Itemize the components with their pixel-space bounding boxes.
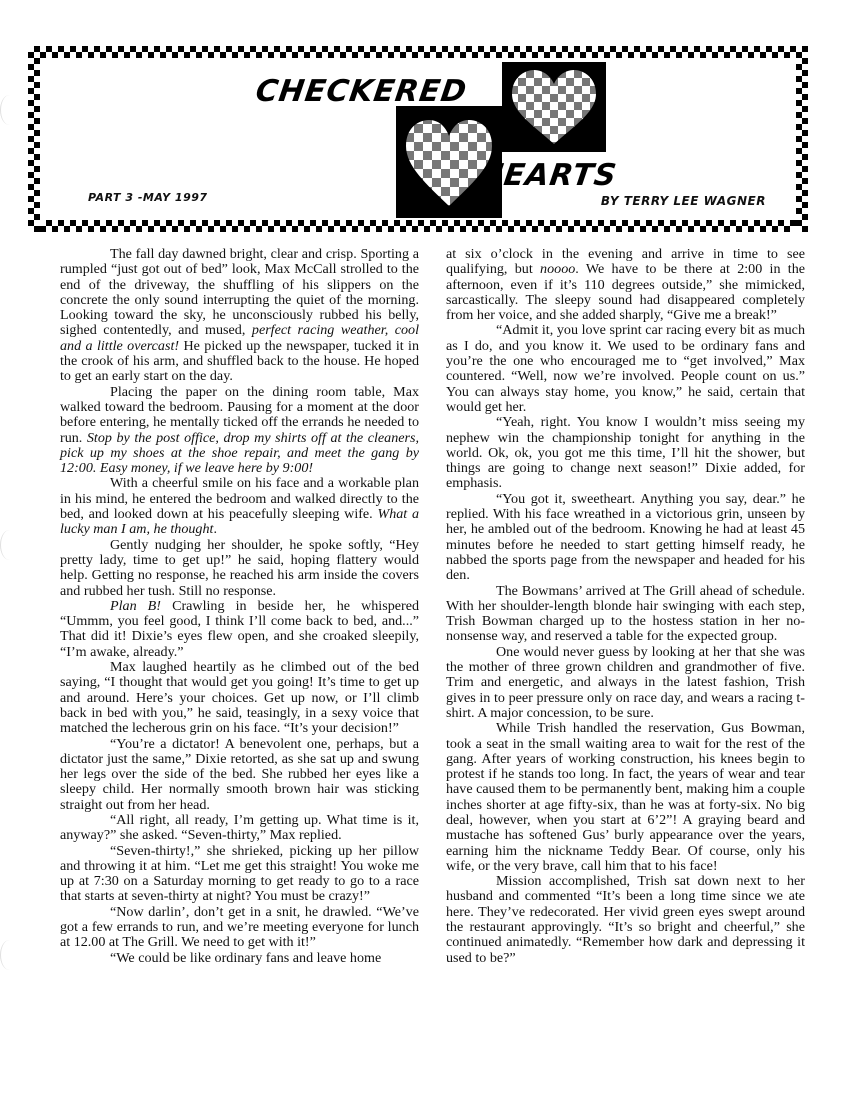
checkered-border-right bbox=[796, 46, 808, 232]
paragraph: “Yeah, right. You know I wouldn’t miss s… bbox=[446, 415, 805, 491]
paragraph: “Admit it, you love sprint car racing ev… bbox=[446, 323, 805, 415]
paragraph: “All right, all ready, I’m getting up. W… bbox=[60, 813, 419, 844]
italic-text: Stop by the post office, drop my shirts … bbox=[60, 430, 419, 477]
checkered-border-top bbox=[28, 46, 808, 58]
text: . bbox=[213, 521, 217, 537]
scan-artifact bbox=[0, 530, 19, 560]
text: Max laughed heartily as he climbed out o… bbox=[60, 659, 419, 736]
issue-label: PART 3 -MAY 1997 bbox=[88, 191, 208, 204]
italic-text: Plan B! bbox=[110, 598, 161, 614]
text: “Now darlin’, don’t get in a snit, he dr… bbox=[60, 904, 419, 951]
paragraph: Gently nudging her shoulder, he spoke so… bbox=[60, 538, 419, 599]
text: “All right, all ready, I’m getting up. W… bbox=[60, 812, 419, 843]
text: “We could be like ordinary fans and leav… bbox=[110, 950, 381, 966]
checkered-heart-icon bbox=[502, 62, 606, 152]
text: “Seven-thirty!,” she shrieked, picking u… bbox=[60, 843, 419, 905]
paragraph: “Seven-thirty!,” she shrieked, picking u… bbox=[60, 844, 419, 905]
text: “Yeah, right. You know I wouldn’t miss s… bbox=[446, 414, 805, 491]
paragraph: Max laughed heartily as he climbed out o… bbox=[60, 660, 419, 736]
text: With a cheerful smile on his face and a … bbox=[60, 475, 419, 522]
text: Mission accomplished, Trish sat down nex… bbox=[446, 873, 805, 965]
paragraph: “You’re a dictator! A benevolent one, pe… bbox=[60, 737, 419, 813]
paragraph: With a cheerful smile on his face and a … bbox=[60, 476, 419, 537]
paragraph: Mission accomplished, Trish sat down nex… bbox=[446, 874, 805, 966]
article-body: The fall day dawned bright, clear and cr… bbox=[60, 247, 805, 966]
italic-text: noooo bbox=[540, 261, 575, 277]
checkered-border-bottom bbox=[28, 220, 808, 232]
paragraph: One would never guess by looking at her … bbox=[446, 645, 805, 721]
text: “You got it, sweetheart. Anything you sa… bbox=[446, 491, 805, 583]
scan-artifact bbox=[0, 95, 19, 125]
text: One would never guess by looking at her … bbox=[446, 644, 805, 721]
author-byline: BY TERRY LEE WAGNER bbox=[601, 194, 766, 208]
checkered-heart-icon bbox=[396, 106, 502, 218]
title-checkered: CHECKERED bbox=[254, 74, 470, 109]
title-banner: CHECKERED HEARTS PART 3 -MAY 1997 BY TER… bbox=[28, 46, 808, 232]
paragraph: “We could be like ordinary fans and leav… bbox=[60, 951, 419, 966]
paragraph: Plan B! Crawling in beside her, he whisp… bbox=[60, 599, 419, 660]
checkered-border-left bbox=[28, 46, 40, 232]
paragraph: The fall day dawned bright, clear and cr… bbox=[60, 247, 419, 385]
paragraph: “Now darlin’, don’t get in a snit, he dr… bbox=[60, 905, 419, 951]
scan-artifact bbox=[0, 940, 19, 970]
text: “You’re a dictator! A benevolent one, pe… bbox=[60, 736, 419, 813]
paragraph: at six o’clock in the evening and arrive… bbox=[446, 247, 805, 323]
paragraph: The Bowmans’ arrived at The Grill ahead … bbox=[446, 584, 805, 645]
text: The Bowmans’ arrived at The Grill ahead … bbox=[446, 583, 805, 645]
text: “Admit it, you love sprint car racing ev… bbox=[446, 322, 805, 414]
paragraph: Placing the paper on the dining room tab… bbox=[60, 385, 419, 477]
left-column: The fall day dawned bright, clear and cr… bbox=[60, 247, 419, 966]
text: While Trish handled the reservation, Gus… bbox=[446, 720, 805, 874]
text: Gently nudging her shoulder, he spoke so… bbox=[60, 537, 419, 599]
paragraph: “You got it, sweetheart. Anything you sa… bbox=[446, 492, 805, 584]
paragraph: While Trish handled the reservation, Gus… bbox=[446, 721, 805, 874]
right-column: at six o’clock in the evening and arrive… bbox=[446, 247, 805, 966]
